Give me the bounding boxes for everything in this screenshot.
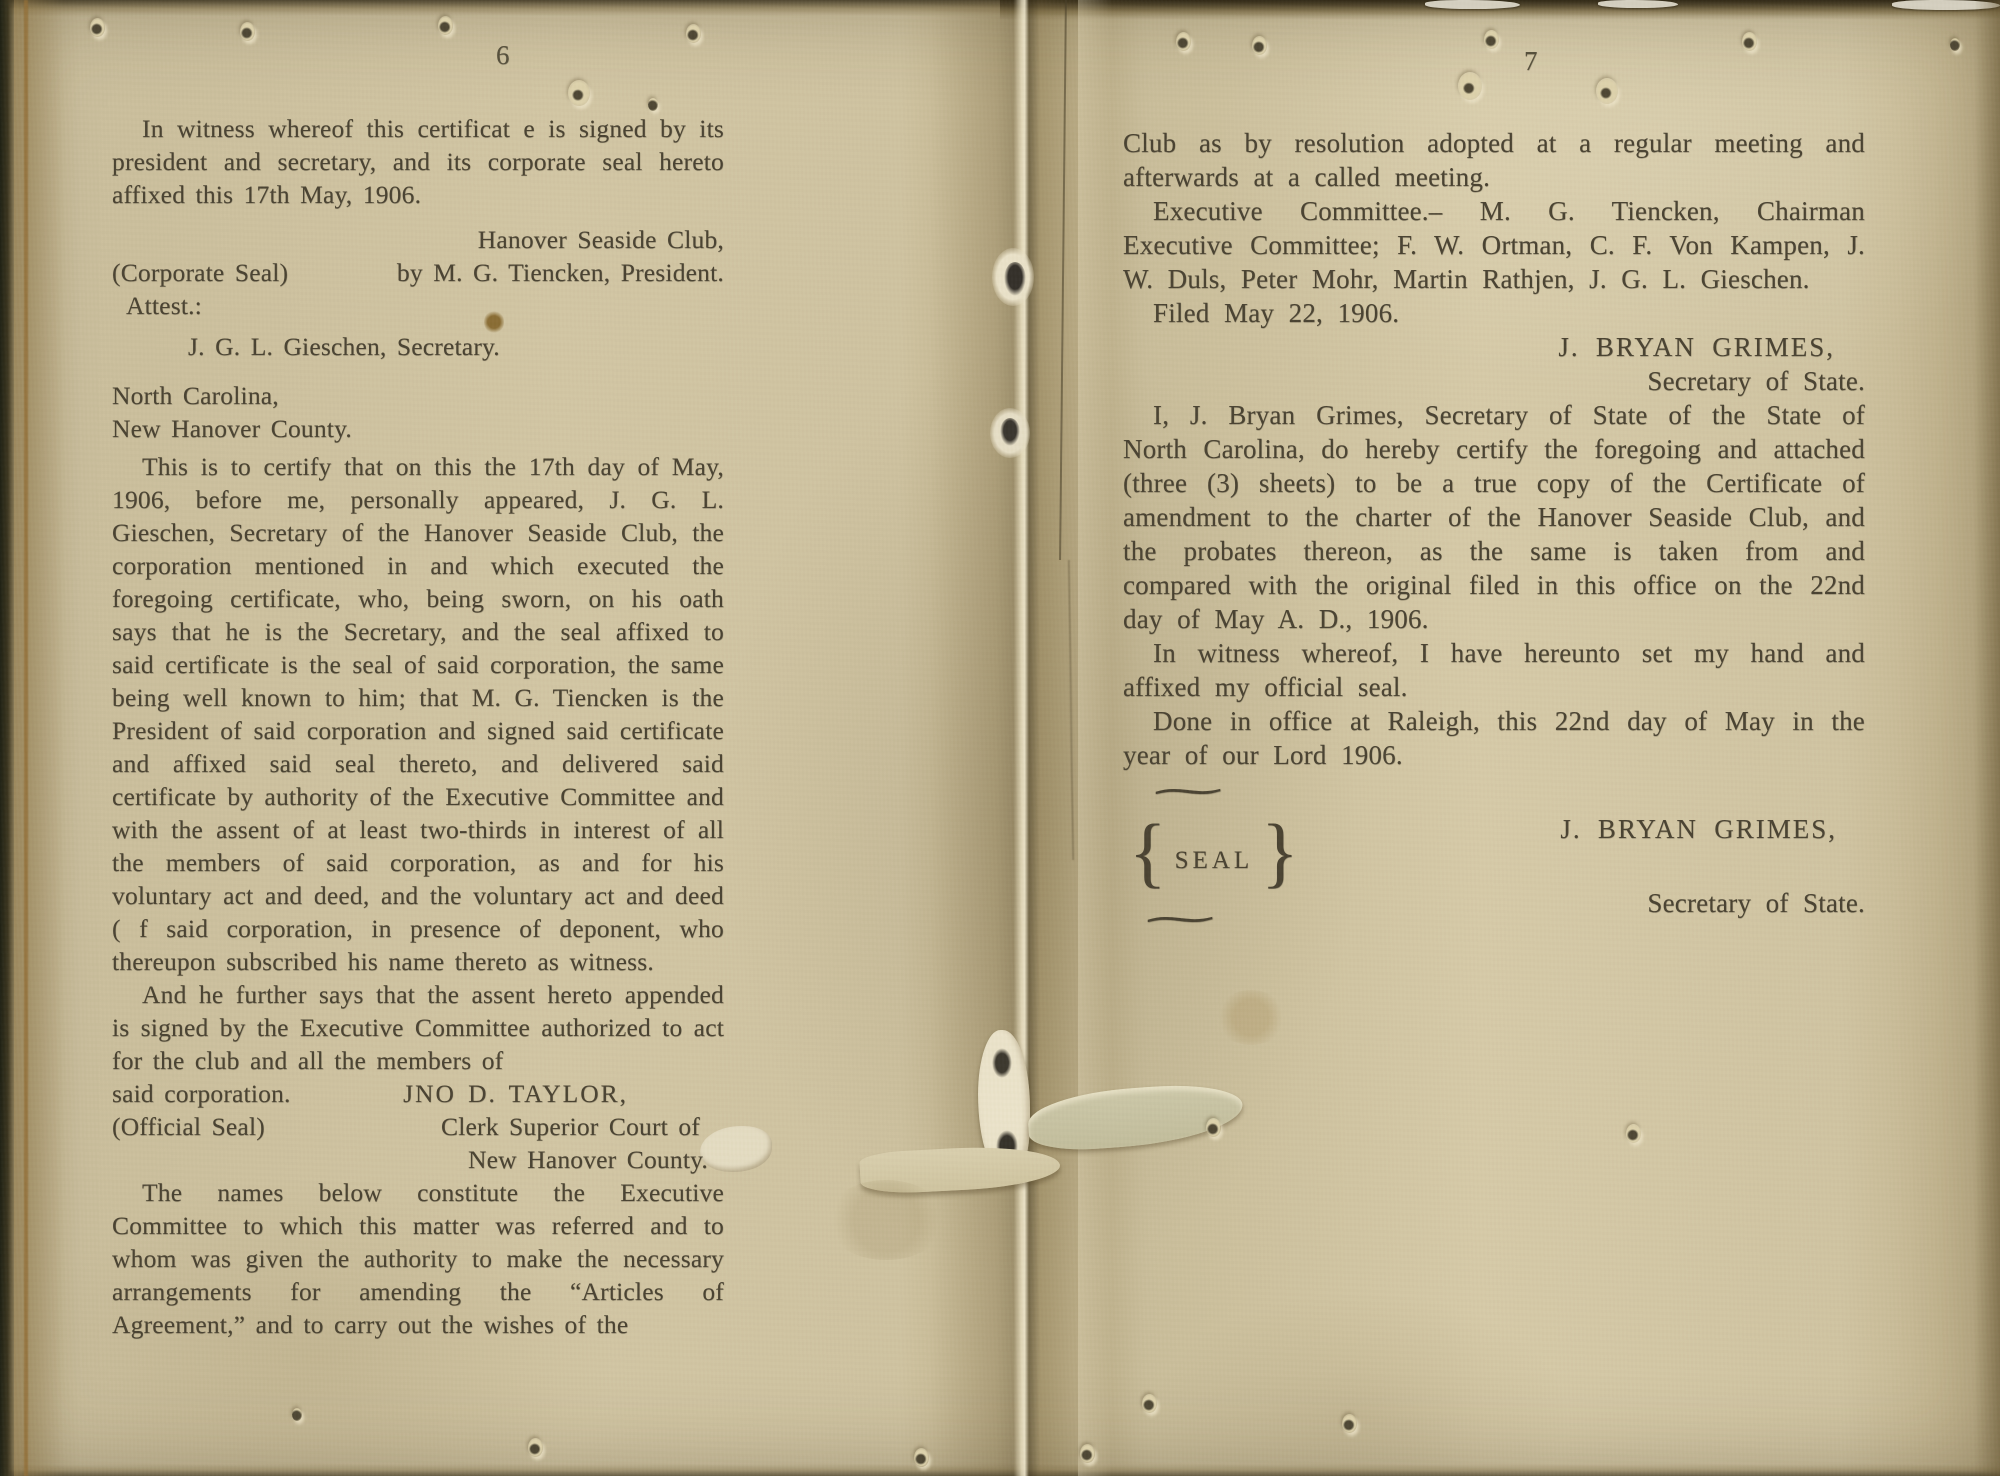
- said-corporation-line: said corporation.: [112, 1077, 291, 1110]
- wormhole: [90, 18, 105, 37]
- gutter-highlight: [1078, 0, 1112, 1476]
- wormhole: [438, 16, 453, 35]
- wormhole: [1626, 1124, 1641, 1143]
- wormhole: [1484, 30, 1499, 49]
- signature-grimes-top-title: Secretary of State.: [1123, 364, 1865, 398]
- seal-and-signature-block: ⁓ { SEAL } ⁓ J. BRYAN GRIMES, Secretary …: [1123, 788, 1865, 973]
- wormhole: [1080, 1444, 1095, 1463]
- state-line: North Carolina,: [112, 379, 724, 412]
- signature-president: by M. G. Tiencken, President.: [397, 256, 724, 289]
- wormhole: [648, 98, 658, 111]
- attest-label: Attest.:: [126, 289, 724, 322]
- page-6-text-column: In witness whereof this certificat e is …: [112, 112, 724, 1341]
- paragraph-notary-certification: This is to certify that on this the 17th…: [112, 450, 724, 978]
- paper-stain: [826, 1180, 946, 1260]
- page-7-text-column: Club as by resolution adopted at a regul…: [1123, 126, 1865, 973]
- paragraph-witness-clause: In witness whereof this certificat e is …: [112, 112, 724, 211]
- paragraph-names-below: The names below constitute the Executive…: [112, 1176, 724, 1341]
- wormhole: [1950, 38, 1960, 51]
- wormhole: [1176, 32, 1191, 51]
- gutter-crease-line: [1068, 560, 1074, 860]
- wormhole: [1342, 1414, 1357, 1433]
- wormhole: [240, 22, 255, 41]
- book-left-edge: [0, 0, 14, 1476]
- staple-mark: [1004, 262, 1026, 296]
- wormhole: [292, 1408, 302, 1421]
- paper-stain: [1216, 990, 1286, 1045]
- paragraph-secretary-of-state-certification: I, J. Bryan Grimes, Secretary of State o…: [1123, 398, 1865, 636]
- wormhole: [1596, 78, 1618, 104]
- wormhole: [914, 1448, 929, 1467]
- gutter-shadow: [930, 0, 1150, 1476]
- seal-squiggle-top: ⁓: [1152, 782, 1224, 802]
- page-bottom-edge: [0, 1464, 2000, 1476]
- seal-brace-left: {: [1129, 802, 1167, 902]
- page-7-number: 7: [1524, 46, 1538, 77]
- corporate-seal-label: (Corporate Seal): [112, 256, 288, 289]
- signature-grimes-bottom-title: Secretary of State.: [1647, 886, 1865, 920]
- staple-mark: [992, 1048, 1012, 1078]
- signature-jno-d-taylor: JNO D. TAYLOR,: [403, 1077, 628, 1110]
- official-seal-row: (Official Seal) Clerk Superior Court of: [112, 1110, 724, 1143]
- book-right-edge-shadow: [1974, 0, 2000, 1476]
- paragraph-further-says: And he further says that the assent here…: [112, 978, 724, 1077]
- gutter-crease-line: [1059, 0, 1067, 560]
- wormhole: [1458, 72, 1482, 100]
- wormhole: [1142, 1394, 1157, 1413]
- torn-paper-fragment: [1425, 0, 1520, 9]
- paragraph-done-in-office: Done in office at Raleigh, this 22nd day…: [1123, 704, 1865, 772]
- signature-grimes-top: J. BRYAN GRIMES,: [1123, 330, 1865, 364]
- page-tear: [1026, 1081, 1245, 1154]
- wormhole: [568, 80, 590, 106]
- official-seal-label: (Official Seal): [112, 1110, 265, 1143]
- staple-mark: [1000, 418, 1020, 446]
- signature-grimes-bottom: J. BRYAN GRIMES,: [1560, 812, 1837, 846]
- seal-word: SEAL: [1175, 844, 1254, 878]
- page-6-number: 6: [496, 40, 510, 71]
- county-line: New Hanover County.: [112, 412, 724, 445]
- signature-secretary: J. G. L. Gieschen, Secretary.: [188, 330, 724, 363]
- wormhole: [1252, 36, 1267, 55]
- seal-brace-right: }: [1261, 802, 1299, 902]
- book-left-edge-shadow: [14, 0, 64, 1476]
- seal-squiggle-bottom: ⁓: [1144, 910, 1216, 930]
- paragraph-in-witness: In witness whereof, I have hereunto set …: [1123, 636, 1865, 704]
- signature-hanover-seaside-club: Hanover Seaside Club,: [112, 223, 724, 256]
- wormhole: [1206, 1118, 1221, 1137]
- torn-paper-fragment: [1598, 0, 1678, 8]
- corporate-seal-signature-row: (Corporate Seal) by M. G. Tiencken, Pres…: [112, 256, 724, 289]
- wormhole: [528, 1438, 543, 1457]
- wormhole: [686, 24, 701, 43]
- paragraph-club-resolution: Club as by resolution adopted at a regul…: [1123, 126, 1865, 194]
- book-scan-spread: 6 In witness whereof this certificat e i…: [0, 0, 2000, 1476]
- page-edge-line: [24, 0, 28, 1476]
- wormhole: [1742, 32, 1757, 51]
- paragraph-executive-committee: Executive Committee.– M. G. Tiencken, Ch…: [1123, 194, 1865, 296]
- seal-braces: { SEAL }: [1129, 802, 1279, 902]
- signature-clerk-county: New Hanover County.: [112, 1143, 724, 1176]
- taylor-signature-row: said corporation. JNO D. TAYLOR,: [112, 1077, 724, 1110]
- signature-clerk-title: Clerk Superior Court of: [441, 1110, 700, 1143]
- filed-date-line: Filed May 22, 1906.: [1153, 296, 1865, 330]
